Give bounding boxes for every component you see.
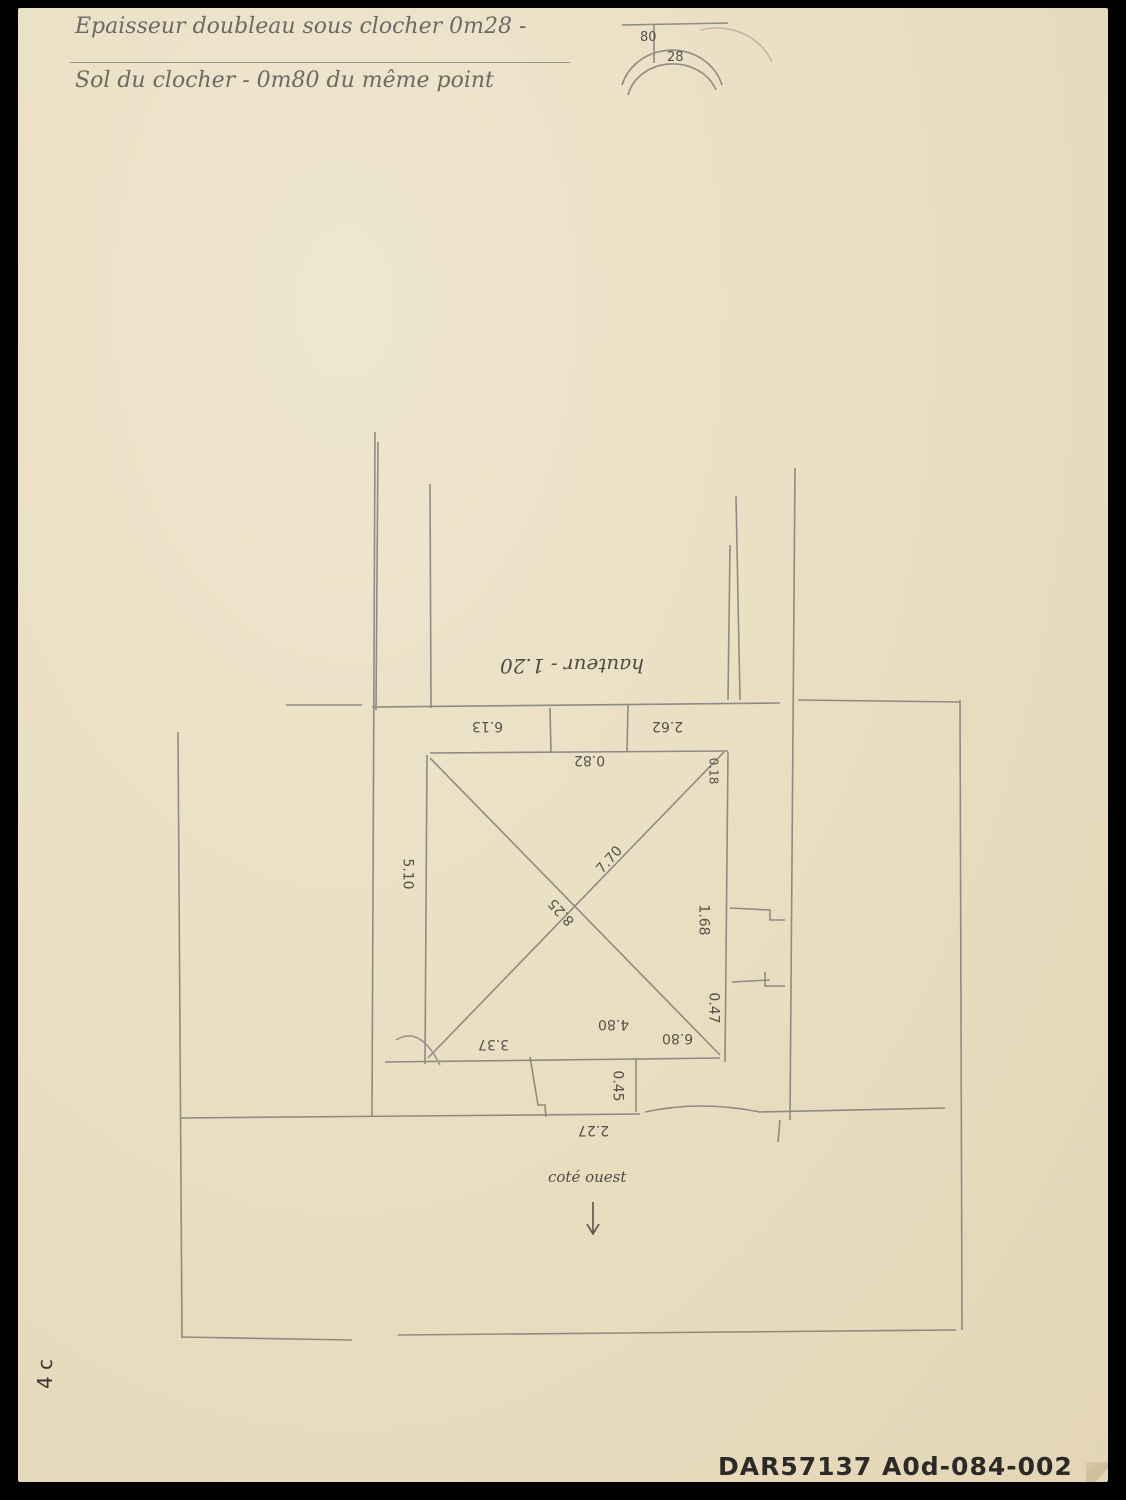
dim-bottom-outer: 2.27 [578,1122,609,1138]
dim-left-side: 5.10 [400,858,416,889]
height-note: hauteur - 1.20 [500,654,644,678]
dim-top-inner: 0.82 [574,752,605,768]
dim-right-lower: 0.47 [706,992,722,1023]
dim-bottom-left: 3.37 [478,1036,509,1052]
arch-thickness-label: 28 [667,50,684,65]
dim-corner-top-right: 0.18 [706,758,720,785]
dim-right-upper: 1.68 [696,904,712,935]
floor-plan-drawing [0,0,1126,1500]
catalog-number: DAR57137 A0d-084-002 [718,1452,1073,1481]
dim-bottom-mid: 4.80 [598,1016,629,1032]
margin-mark: 4 c [33,1359,57,1389]
dim-top-right: 2.62 [652,718,683,734]
orientation-label: coté ouest [548,1168,626,1186]
arch-height-label: 80 [640,30,657,45]
dim-bottom-step: 0.45 [610,1070,626,1101]
dim-top-left: 6.13 [472,718,503,734]
dim-bottom-right: 6.80 [662,1030,693,1046]
